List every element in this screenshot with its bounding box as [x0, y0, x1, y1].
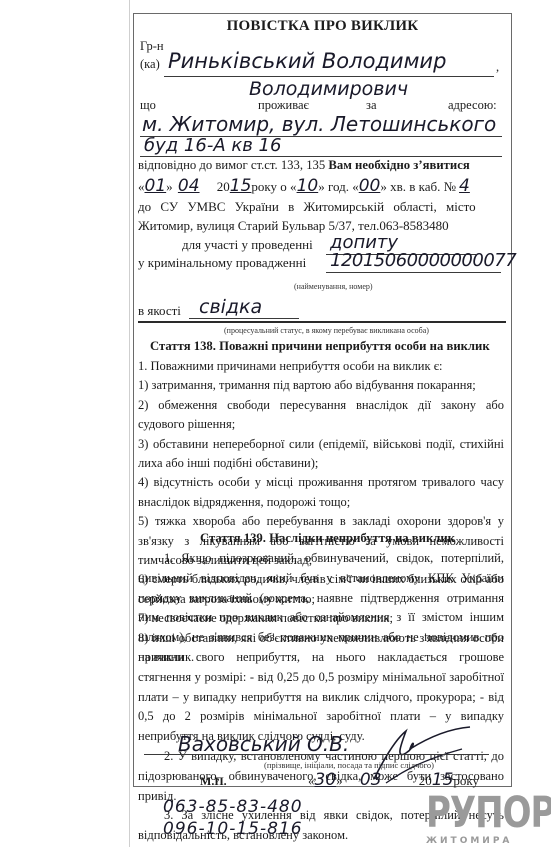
appointment-line: «01» 04 2015року о «10» год. «00» хв. в … [138, 176, 470, 196]
address-line-1: м. Житомир, вул. Летошинського [142, 112, 496, 136]
year-prefix: 20 [217, 179, 230, 194]
seal-label: М.П. [200, 774, 227, 789]
citizen-prefix-suffix: (ка) [140, 57, 160, 72]
lives-label-3: за [366, 98, 377, 113]
lives-label-1: що [140, 98, 156, 113]
article-138-intro: 1. Поважними причинами неприбуття особи … [138, 357, 504, 376]
proceeding-underline [326, 272, 501, 273]
requirement-prefix: відповідно до вимог ст.ст. 133, 135 [138, 158, 328, 172]
article-139-paragraph: 1. Якщо підозрюваний, обвинувачений, сві… [138, 549, 504, 747]
capacity-value: свідка [199, 296, 262, 318]
institution-line-2: Житомир, вулиця Старий Бульвар 5/37, тел… [138, 218, 449, 234]
hour-suffix: » год. « [318, 179, 359, 194]
lives-label-4: адресою: [448, 98, 497, 113]
capacity-label: в якості [138, 303, 181, 319]
minute-suffix: » хв. в каб. № [380, 179, 456, 194]
cabinet-number: 4 [459, 176, 470, 196]
signature-caption: (прізвище, ініціали, посада та підпис сл… [264, 760, 434, 770]
issue-day: 30 [315, 770, 337, 790]
issue-year-suffix: року [453, 773, 479, 788]
issue-date: «30» 03 2015року [308, 770, 479, 790]
article-138-item: 1) затримання, тримання під вартою або в… [138, 376, 504, 395]
phone-number: 096-10-15-816 [163, 818, 303, 840]
scan-edge [129, 0, 130, 847]
address-line-2: буд 16-А кв 16 [144, 135, 281, 156]
comma: , [496, 60, 499, 75]
signature-underline [144, 754, 489, 755]
article-138-item: 2) обмеження свободи пересування внаслід… [138, 396, 504, 435]
lives-label-2: проживає [258, 98, 309, 113]
article-138-item: 4) відсутність особи у місці проживання … [138, 473, 504, 512]
document-title: ПОВІСТКА ПРО ВИКЛИК [134, 18, 511, 35]
handwritten-phones: 063-85-83-480 096-10-15-816 [163, 796, 303, 840]
issue-year: 15 [432, 770, 454, 790]
issue-month: 03 [360, 770, 382, 790]
citizen-name-line [164, 76, 494, 77]
date-year: 15 [230, 176, 252, 196]
article-138-item: 3) обставини непереборної сили (епідемії… [138, 435, 504, 474]
investigator-name: Ваховський О.В. [178, 732, 349, 756]
phone-number: 063-85-83-480 [163, 796, 303, 818]
institution-line-1: до СУ УМВС України в Житомирській област… [138, 199, 476, 215]
article-138-heading: Стаття 138. Поважні причини неприбуття о… [150, 339, 490, 354]
capacity-caption: (процесуальний статус, в якому перебуває… [224, 326, 429, 335]
citizen-patronymic: Володимирович [249, 78, 408, 100]
quote-close: » [336, 773, 343, 788]
issue-year-prefix: 20 [419, 773, 432, 788]
article-139-heading: Стаття 139. Наслідки неприбуття на викли… [200, 531, 455, 546]
citizen-prefix: Гр-н [140, 39, 164, 54]
date-month: 04 [178, 176, 200, 196]
appointment-hour: 10 [297, 176, 319, 196]
requirement-line: відповідно до вимог ст.ст. 133, 135 Вам … [138, 158, 470, 173]
capacity-rule [138, 321, 506, 323]
watermark-brand: РУПОР [426, 792, 496, 835]
proceeding-label: у кримінальному провадженні [138, 255, 306, 271]
participation-label: для участі у проведенні [182, 237, 313, 253]
requirement-bold: Вам необхідно з’явитися [328, 158, 469, 172]
watermark-logo: РУПОР ЖИТОМИРА [426, 792, 496, 846]
date-day: 01 [145, 176, 167, 196]
year-suffix: року о « [251, 179, 296, 194]
summons-document: ПОВІСТКА ПРО ВИКЛИК Гр-н (ка) Ринькiвськ… [133, 13, 512, 787]
proceeding-number: 12015060000000077 [330, 250, 516, 271]
capacity-underline [189, 318, 299, 319]
address-line-2-underline [140, 156, 502, 157]
appointment-minute: 00 [359, 176, 381, 196]
quote-close: » [166, 179, 173, 194]
proceeding-caption: (найменування, номер) [294, 282, 373, 291]
citizen-name: Ринькiвський Володимир [168, 49, 446, 73]
